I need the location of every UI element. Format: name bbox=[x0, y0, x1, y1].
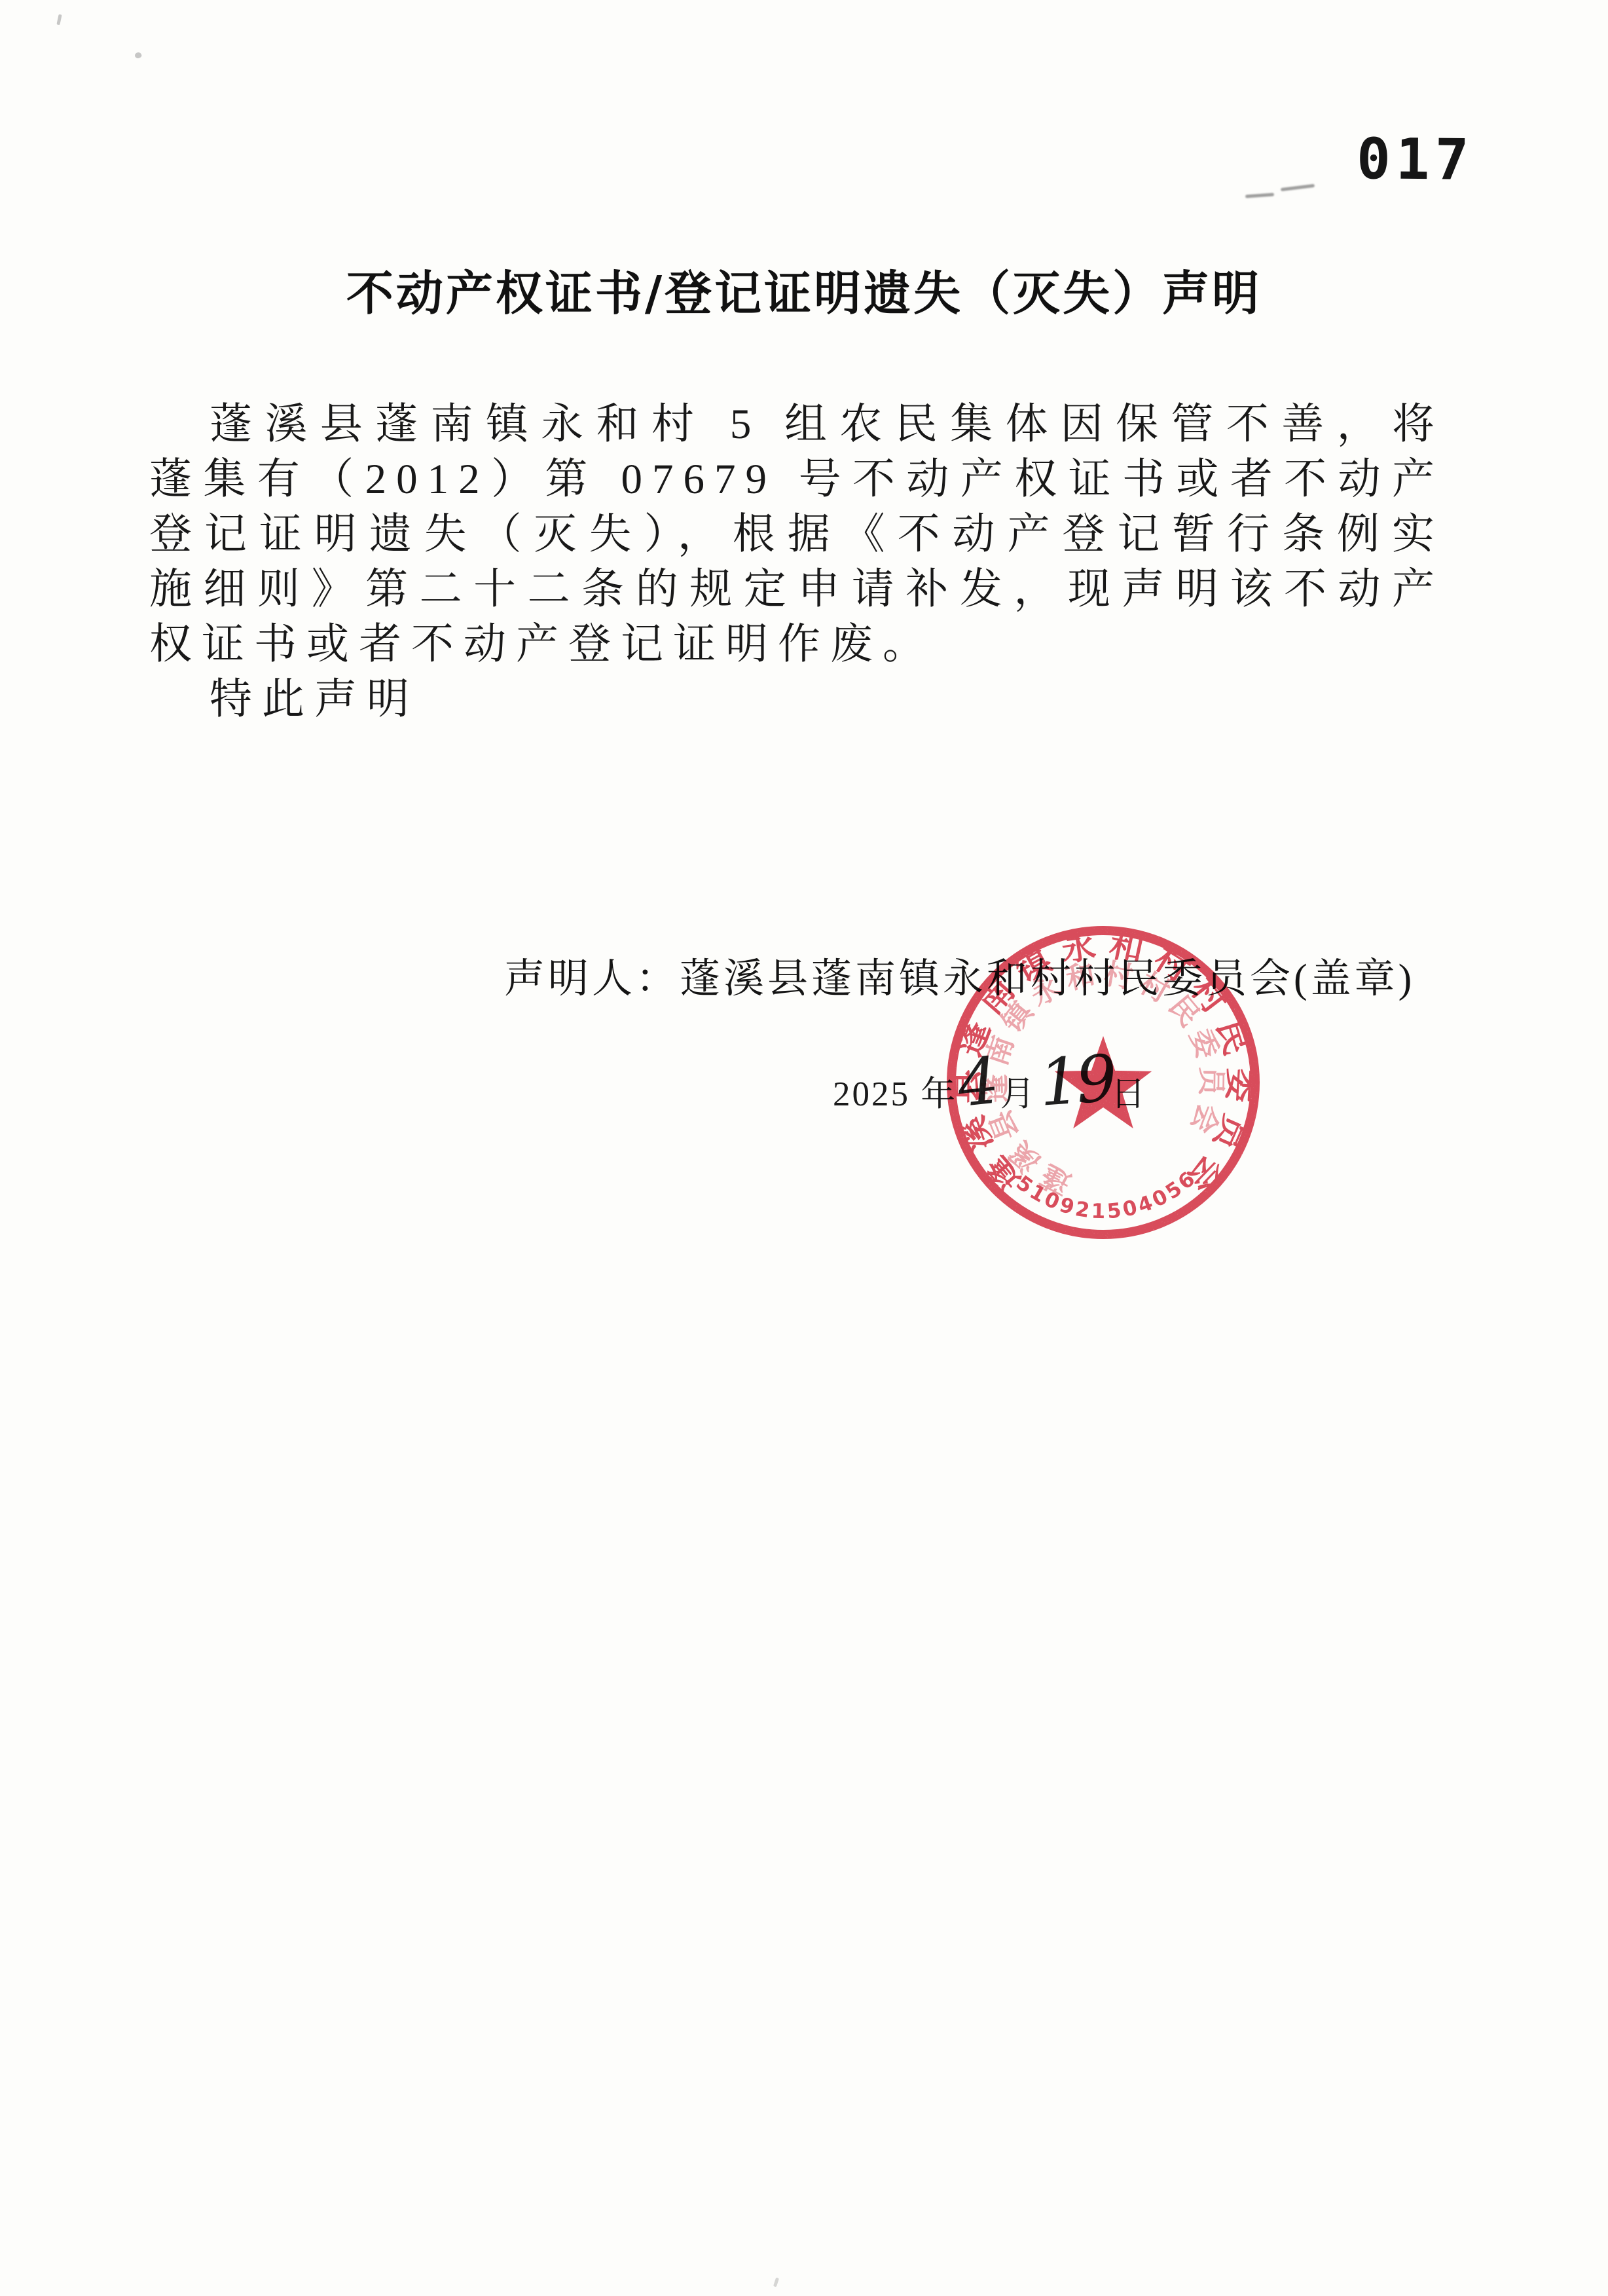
paragraph-line: 权证书或者不动产登记证明作废。 bbox=[149, 617, 1444, 672]
scan-smudge bbox=[1243, 182, 1321, 204]
paragraph-line: 登记证明遗失（灭失），根据《不动产登记暂行条例实 bbox=[149, 507, 1444, 562]
official-seal: 蓬溪县蓬南镇永和村村民委员会 蓬溪县蓬南镇永和村村民委员会 5109215040… bbox=[943, 922, 1265, 1244]
scan-speck bbox=[773, 2278, 779, 2287]
scan-speck bbox=[134, 51, 142, 60]
paragraph-line: 蓬集有（2012）第 07679 号不动产权证书或者不动产 bbox=[149, 452, 1444, 507]
document-title: 不动产权证书/登记证明遗失（灭失）声明 bbox=[0, 255, 1608, 324]
paragraph-line: 蓬溪县蓬南镇永和村 5 组农民集体因保管不善，将 bbox=[149, 397, 1444, 452]
scanned-document-page: 017 不动产权证书/登记证明遗失（灭失）声明 蓬溪县蓬南镇永和村 5 组农民集… bbox=[0, 0, 1608, 2296]
body-paragraph: 蓬溪县蓬南镇永和村 5 组农民集体因保管不善，将 蓬集有（2012）第 0767… bbox=[149, 397, 1444, 727]
date-year: 2025 年 bbox=[833, 1075, 957, 1113]
scan-speck bbox=[56, 14, 62, 26]
seal-star-icon bbox=[1055, 1036, 1152, 1128]
page-number-stamp: 017 bbox=[1356, 126, 1474, 193]
closing-line: 特此声明 bbox=[149, 672, 1444, 727]
paragraph-line: 施细则》第二十二条的规定申请补发，现声明该不动产 bbox=[149, 562, 1444, 617]
